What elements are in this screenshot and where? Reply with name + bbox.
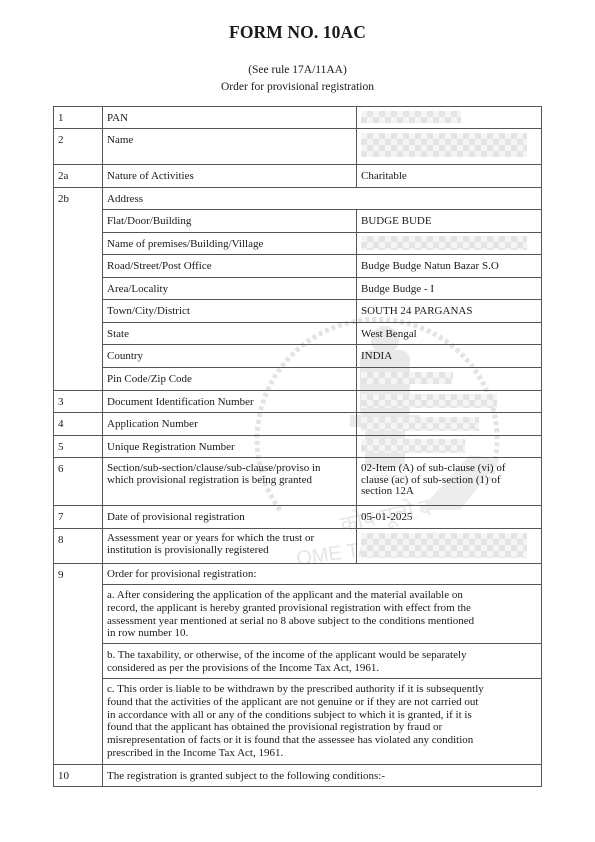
rule-reference: (See rule 17A/11AA)	[0, 64, 595, 76]
name-value-redacted	[361, 133, 527, 157]
pin-value-redacted	[361, 372, 453, 384]
clause-a-line: record, the applicant is hereby granted …	[107, 602, 474, 615]
clause-c-line: found that the activities of the applica…	[107, 696, 484, 709]
form-subtitle: Order for provisional registration	[0, 81, 595, 93]
form-title: FORM NO. 10AC	[0, 22, 595, 43]
premises-value-redacted	[361, 236, 527, 250]
assessment-year-label: Assessment year or years for which the t…	[107, 533, 314, 556]
din-label: Document Identification Number	[107, 396, 254, 408]
section-value-line-3: section 12A	[361, 486, 505, 498]
name-label: Name	[107, 134, 133, 146]
address-label: Address	[107, 193, 143, 205]
town-label: Town/City/District	[107, 305, 190, 317]
state-value: West Bengal	[361, 328, 417, 340]
din-value-redacted	[361, 394, 497, 408]
pan-value-redacted	[361, 111, 461, 123]
row-6-number: 6	[58, 463, 64, 475]
application-number-label: Application Number	[107, 418, 198, 430]
row-3-number: 3	[58, 396, 64, 408]
clause-a-line: in row number 10.	[107, 627, 474, 640]
order-label: Order for provisional registration:	[107, 568, 256, 580]
row-8-number: 8	[58, 534, 64, 546]
assessment-year-redacted	[361, 533, 527, 558]
section-value: 02-Item (A) of sub-clause (vi) of clause…	[361, 463, 505, 498]
registration-date-value: 05-01-2025	[361, 511, 412, 523]
nature-of-activities-value: Charitable	[361, 170, 407, 182]
clause-b: b. The taxability, or otherwise, of the …	[107, 649, 467, 675]
pan-label: PAN	[107, 112, 128, 124]
assessment-year-label-line-2: institution is provisionally registered	[107, 545, 314, 557]
area-value: Budge Budge - I	[361, 283, 434, 295]
premises-label: Name of premises/Building/Village	[107, 238, 263, 250]
section-label: Section/sub-section/clause/sub-clause/pr…	[107, 463, 321, 486]
section-value-line-1: 02-Item (A) of sub-clause (vi) of	[361, 463, 505, 475]
clause-c-line: c. This order is liable to be withdrawn …	[107, 683, 484, 696]
section-label-line-1: Section/sub-section/clause/sub-clause/pr…	[107, 463, 321, 475]
nature-of-activities-label: Nature of Activities	[107, 170, 194, 182]
clause-b-line: considered as per the provisions of the …	[107, 662, 467, 675]
row-2b-number: 2b	[58, 193, 69, 205]
clause-c-line: prescribed in the Income Tax Act, 1961.	[107, 747, 484, 760]
town-value: SOUTH 24 PARGANAS	[361, 305, 472, 317]
road-value: Budge Budge Natun Bazar S.O	[361, 260, 499, 272]
clause-c-line: found that the applicant has obtained th…	[107, 721, 484, 734]
state-label: State	[107, 328, 129, 340]
clause-c-line: misrepresentation of facts or it is foun…	[107, 734, 484, 747]
urn-label: Unique Registration Number	[107, 441, 235, 453]
road-label: Road/Street/Post Office	[107, 260, 212, 272]
row-9-number: 9	[58, 569, 64, 581]
row-4-number: 4	[58, 418, 64, 430]
clause-c-line: in accordance with all or any of the con…	[107, 709, 484, 722]
application-number-redacted	[361, 417, 479, 431]
row-10-number: 10	[58, 770, 69, 782]
clause-a-line: a. After considering the application of …	[107, 589, 474, 602]
flat-value: BUDGE BUDE	[361, 215, 432, 227]
flat-label: Flat/Door/Building	[107, 215, 191, 227]
row-1-number: 1	[58, 112, 64, 124]
area-label: Area/Locality	[107, 283, 168, 295]
clause-c: c. This order is liable to be withdrawn …	[107, 683, 484, 760]
clause-b-line: b. The taxability, or otherwise, of the …	[107, 649, 467, 662]
pin-label: Pin Code/Zip Code	[107, 373, 192, 385]
assessment-year-label-line-1: Assessment year or years for which the t…	[107, 533, 314, 545]
country-label: Country	[107, 350, 143, 362]
row-5-number: 5	[58, 441, 64, 453]
urn-value-redacted	[361, 439, 465, 453]
clause-a-line: assessment year mentioned at serial no 8…	[107, 615, 474, 628]
row-2a-number: 2a	[58, 170, 68, 182]
section-label-line-2: which provisional registration is being …	[107, 475, 321, 487]
row-2-number: 2	[58, 134, 64, 146]
country-value: INDIA	[361, 350, 392, 362]
conditions-label: The registration is granted subject to t…	[107, 770, 385, 782]
registration-date-label: Date of provisional registration	[107, 511, 245, 523]
clause-a: a. After considering the application of …	[107, 589, 474, 640]
row-7-number: 7	[58, 511, 64, 523]
